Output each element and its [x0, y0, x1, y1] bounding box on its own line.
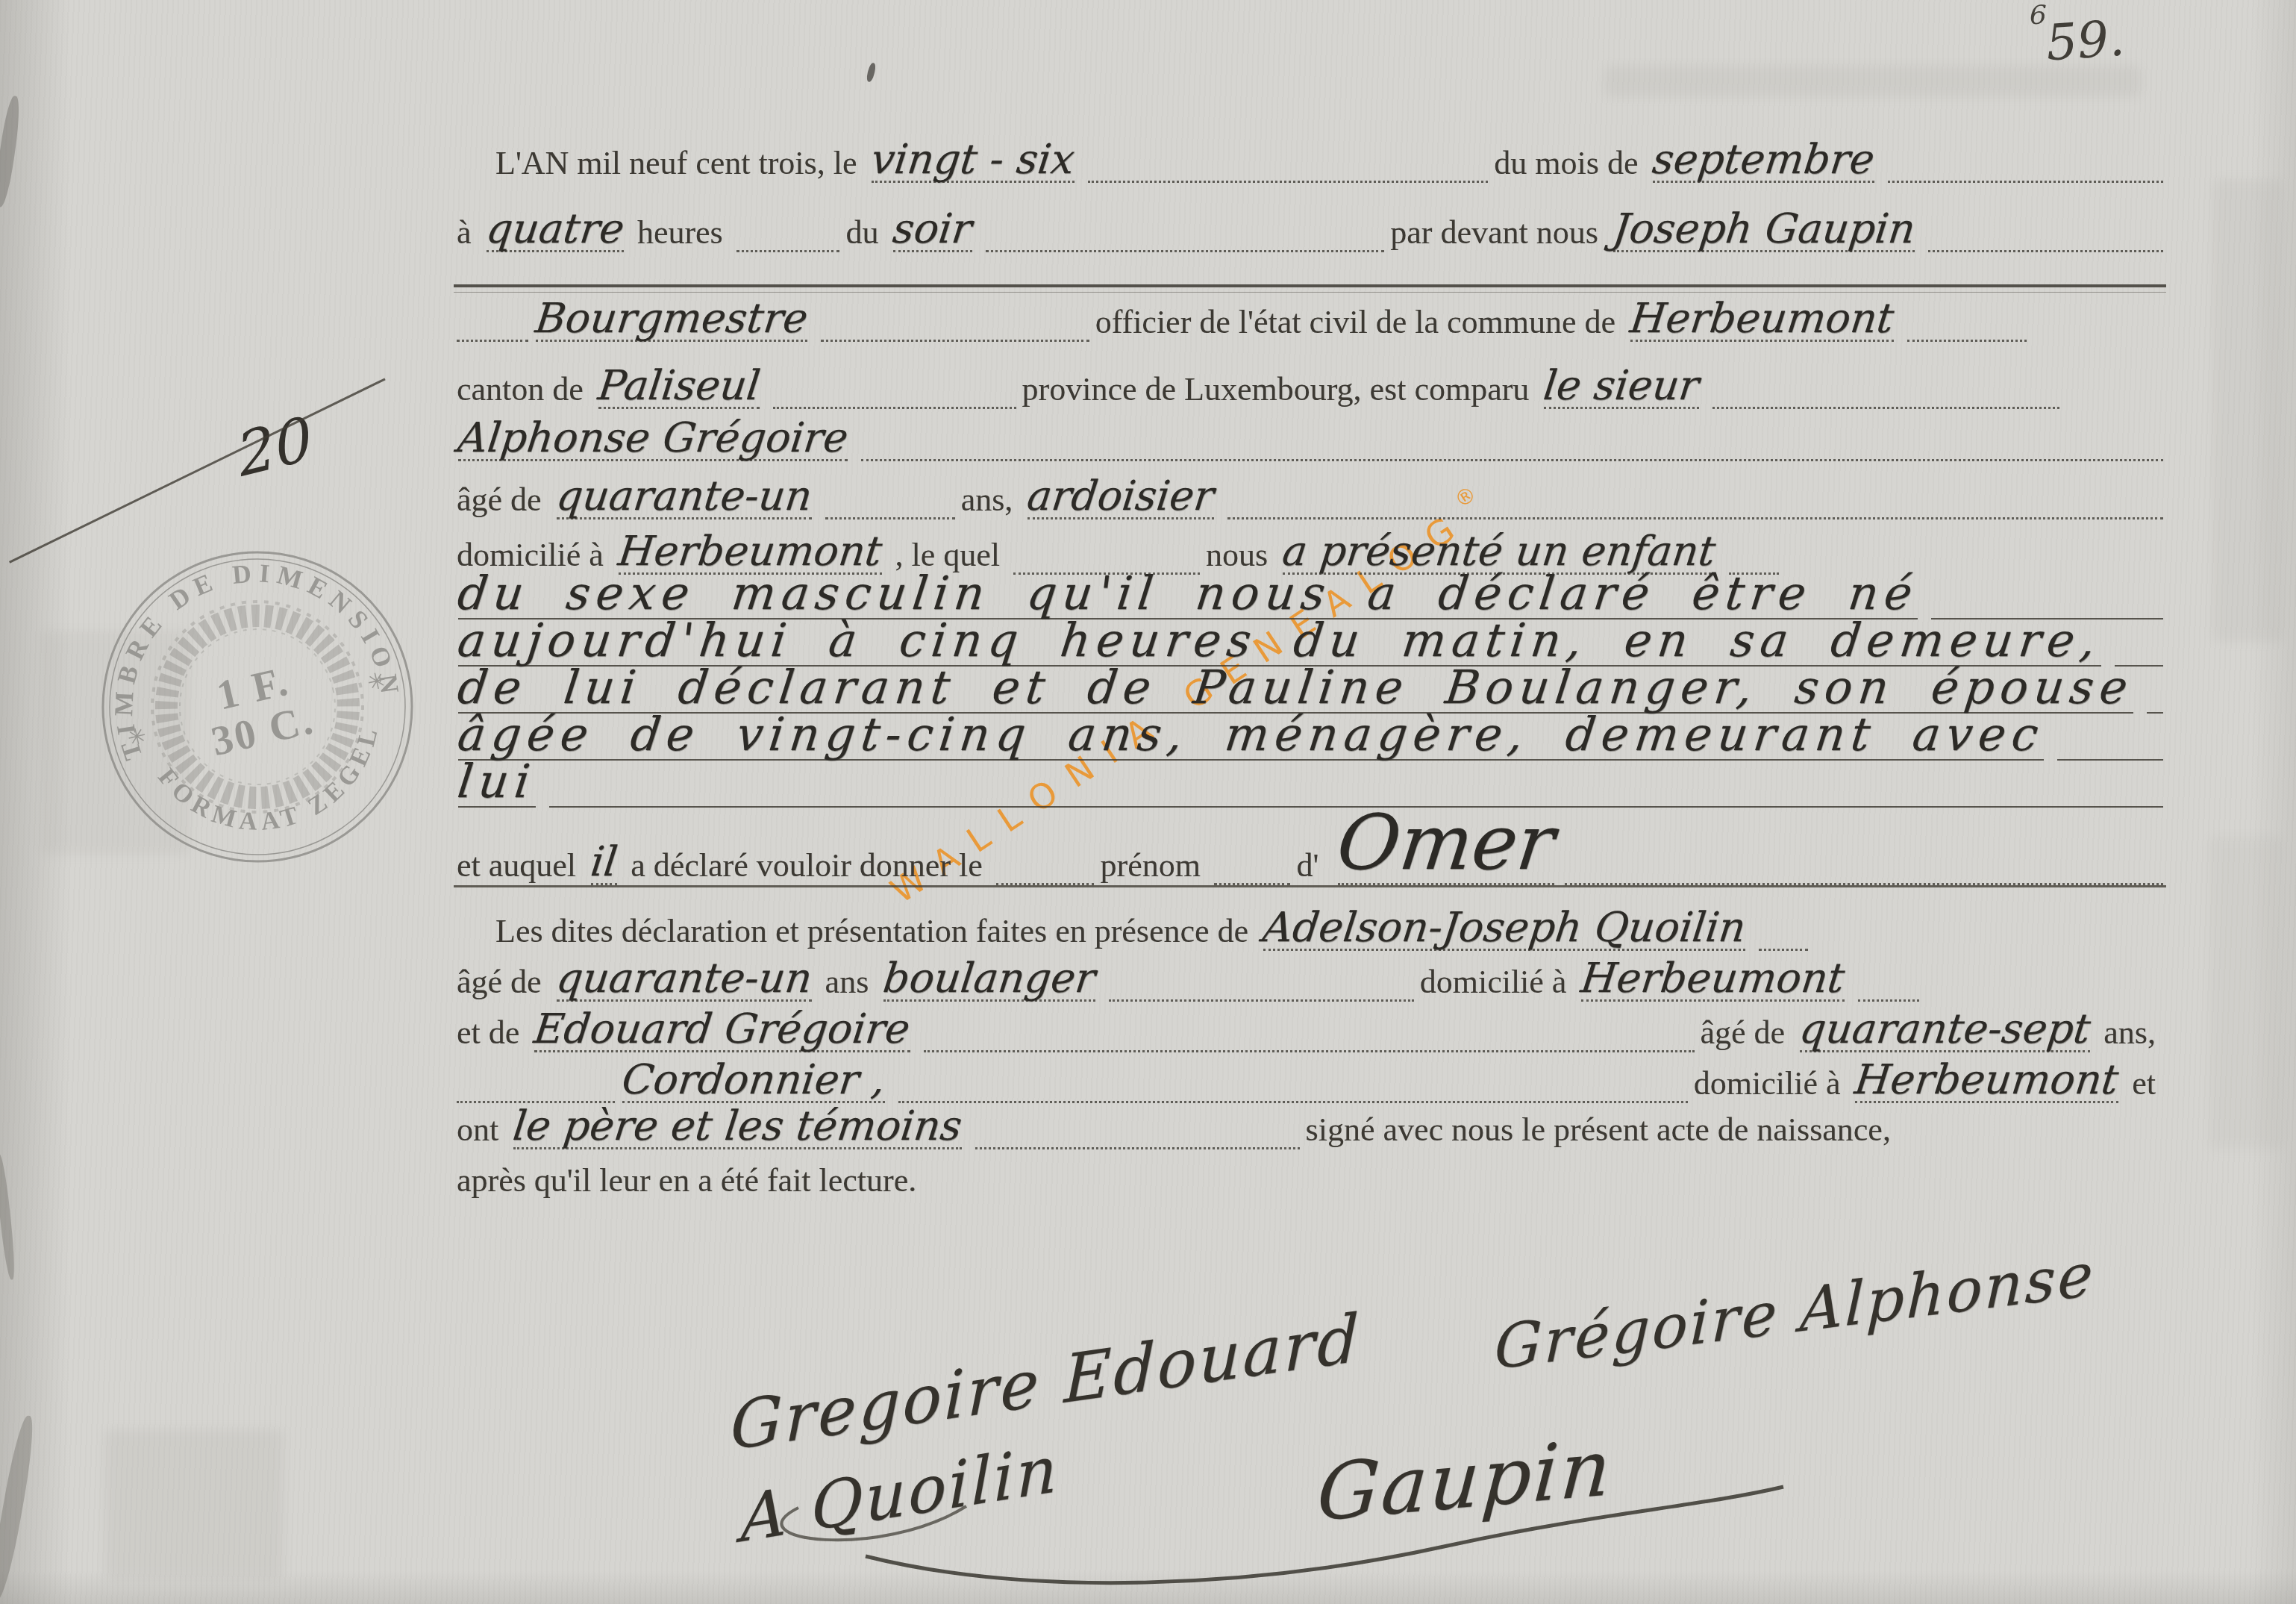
- act-line: ontle père et les témoins signé avec nou…: [454, 1103, 2166, 1149]
- blank-dotted-line: [861, 458, 2163, 461]
- act-line: et deEdouard Grégoire âgé dequarante-sep…: [454, 1006, 2166, 1052]
- printed-text: âgé de: [457, 966, 542, 1002]
- printed-text: ans,: [961, 484, 1013, 519]
- printed-text: par devant nous: [1390, 216, 1598, 252]
- act-line: L'AN mil neuf cent trois, levingt - six …: [454, 137, 2166, 183]
- handwritten-text: Alphonse Grégoire: [458, 416, 848, 461]
- act-line: âgée de vingt-cinq ans, ménagère, demeur…: [454, 716, 2166, 761]
- blank-dotted-line: [1227, 516, 2163, 519]
- blank-dotted-line: [2147, 711, 2163, 714]
- handwritten-text: Paliseul: [598, 364, 760, 409]
- scan-edge-streak: [0, 1414, 39, 1602]
- act-line: Bourgmestre officier de l'état civil de …: [454, 296, 2166, 342]
- printed-text: et: [2132, 1067, 2156, 1103]
- handwritten-text: Herbeumont: [1581, 957, 1845, 1002]
- act-line: canton dePaliseul province de Luxembourg…: [454, 363, 2166, 409]
- printed-text: province de Luxembourg, est comparu: [1022, 373, 1530, 409]
- scan-edge-streak: [0, 95, 22, 207]
- act-line: Cordonnier , domicilié àHerbeumontet: [454, 1057, 2166, 1103]
- blank-dotted-line: [1858, 998, 1919, 1002]
- blank-dotted-line: [1109, 998, 1414, 1002]
- act-line: Les dites déclaration et présentation fa…: [454, 905, 2166, 951]
- handwritten-text: Cordonnier ,: [622, 1058, 885, 1103]
- handwritten-text: aujourd'hui à cinq heures du matin, en s…: [458, 617, 2101, 667]
- handwritten-text: il: [591, 840, 617, 885]
- printed-text: signé avec nous le présent acte de naiss…: [1306, 1114, 1891, 1149]
- printed-text: ans: [825, 966, 869, 1002]
- printed-text: a déclaré vouloir donner le: [631, 849, 983, 885]
- handwritten-text: quatre: [487, 207, 624, 252]
- birth-act-scan: 6 59. 20 TIMBRE DE DIMENSION FORMAAT ZEG…: [0, 0, 2296, 1604]
- printed-text: d': [1296, 849, 1319, 885]
- handwritten-text: soir: [893, 207, 972, 252]
- act-line: Alphonse Grégoire: [454, 415, 2166, 461]
- blank-dotted-line: [457, 338, 528, 342]
- blank-dotted-line: [1759, 947, 1807, 951]
- handwritten-text: Edouard Grégoire: [534, 1008, 910, 1052]
- section-rule: [454, 284, 2166, 293]
- handwritten-text: de lui déclarant et de Pauline Boulanger…: [458, 664, 2133, 714]
- blank-dotted-line: [1928, 249, 2163, 252]
- handwritten-text: Joseph Gaupin: [1613, 207, 1915, 252]
- act-line: âgé dequarante-un ans,ardoisier: [454, 473, 2166, 519]
- blank-dotted-line: [1712, 405, 2059, 409]
- blank-dotted-line: [736, 249, 840, 252]
- act-line: lui: [454, 763, 2166, 808]
- handwritten-text: quarante-un: [557, 957, 812, 1002]
- blank-dotted-line: [1565, 881, 2163, 885]
- printed-text: âgé de: [457, 484, 542, 519]
- bleed-through-ghost: [2212, 179, 2283, 642]
- blank-dotted-line: [1907, 338, 2027, 342]
- blank-dotted-line: [975, 1146, 1299, 1149]
- handwritten-text: le sieur: [1544, 364, 1699, 409]
- printed-text: et auquel: [457, 849, 576, 885]
- printed-text: prénom: [1100, 849, 1200, 885]
- handwritten-text: le père et les témoins: [513, 1105, 962, 1149]
- handwritten-text: vingt - six: [872, 138, 1075, 183]
- printed-text: officier de l'état civil de la commune d…: [1095, 306, 1615, 342]
- blank-dotted-line: [821, 338, 1089, 342]
- handwritten-text: du sexe masculin qu'il nous a déclaré êt…: [458, 569, 1918, 620]
- bleed-through-ghost: [104, 1429, 284, 1579]
- act-line: et auquelila déclaré vouloir donner le p…: [454, 805, 2166, 885]
- blank-dotted-line: [2057, 758, 2163, 761]
- printed-text: après qu'il leur en a été fait lecture.: [457, 1164, 916, 1200]
- blank-dotted-line: [1088, 179, 1488, 183]
- printed-text: du mois de: [1494, 147, 1638, 183]
- handwritten-text: lui: [458, 758, 536, 808]
- blank-dotted-line: [1888, 179, 2163, 183]
- handwritten-text: Omer: [1338, 805, 1554, 885]
- scan-edge-streak: [0, 1153, 17, 1281]
- act-line: après qu'il leur en a été fait lecture.: [454, 1154, 2166, 1200]
- blank-dotted-line: [773, 405, 1016, 409]
- handwritten-text: boulanger: [883, 957, 1095, 1002]
- blank-dotted-line: [1214, 881, 1291, 885]
- handwritten-text: quarante-un: [557, 475, 812, 519]
- printed-text: Les dites déclaration et présentation fa…: [495, 915, 1248, 951]
- handwritten-text: Bourgmestre: [536, 297, 807, 342]
- blank-dotted-line: [924, 1049, 1695, 1052]
- act-line: âgé dequarante-unansboulanger domicilié …: [454, 955, 2166, 1002]
- printed-text: ans,: [2103, 1017, 2156, 1052]
- handwritten-text: âgée de vingt-cinq ans, ménagère, demeur…: [458, 711, 2044, 761]
- handwritten-text: ardoisier: [1027, 475, 1214, 519]
- handwritten-text: septembre: [1653, 138, 1874, 183]
- handwritten-text: Herbeumont: [1630, 297, 1894, 342]
- printed-text: heures: [637, 216, 723, 252]
- printed-text: âgé de: [1701, 1017, 1786, 1052]
- printed-text: canton de: [457, 373, 584, 409]
- ink-speck: [866, 62, 877, 82]
- handwritten-text: Adelson-Joseph Quoilin: [1263, 906, 1745, 951]
- printed-text: domicilié à: [1420, 966, 1567, 1002]
- printed-text: ont: [457, 1114, 498, 1149]
- printed-text: domicilié à: [1694, 1067, 1841, 1103]
- bleed-through-ghost: [2209, 836, 2283, 1149]
- printed-text: et de: [457, 1017, 519, 1052]
- printed-text: du: [845, 216, 878, 252]
- blank-dotted-line: [986, 249, 1385, 252]
- printed-text: à: [457, 216, 472, 252]
- section-rule: [454, 885, 2166, 890]
- blank-dotted-line: [825, 516, 955, 519]
- handwritten-text: quarante-sept: [1800, 1008, 2090, 1052]
- handwritten-text: Herbeumont: [1855, 1058, 2118, 1103]
- printed-text: L'AN mil neuf cent trois, le: [495, 147, 857, 183]
- blank-dotted-line: [996, 881, 1095, 885]
- act-line: àquatreheures dusoir par devant nousJose…: [454, 206, 2166, 252]
- page-number: 59.: [2044, 9, 2126, 72]
- signature-flourish: [709, 1418, 1843, 1604]
- signature-witness-gregoire: Grégoire Alphonse: [1490, 1240, 2099, 1382]
